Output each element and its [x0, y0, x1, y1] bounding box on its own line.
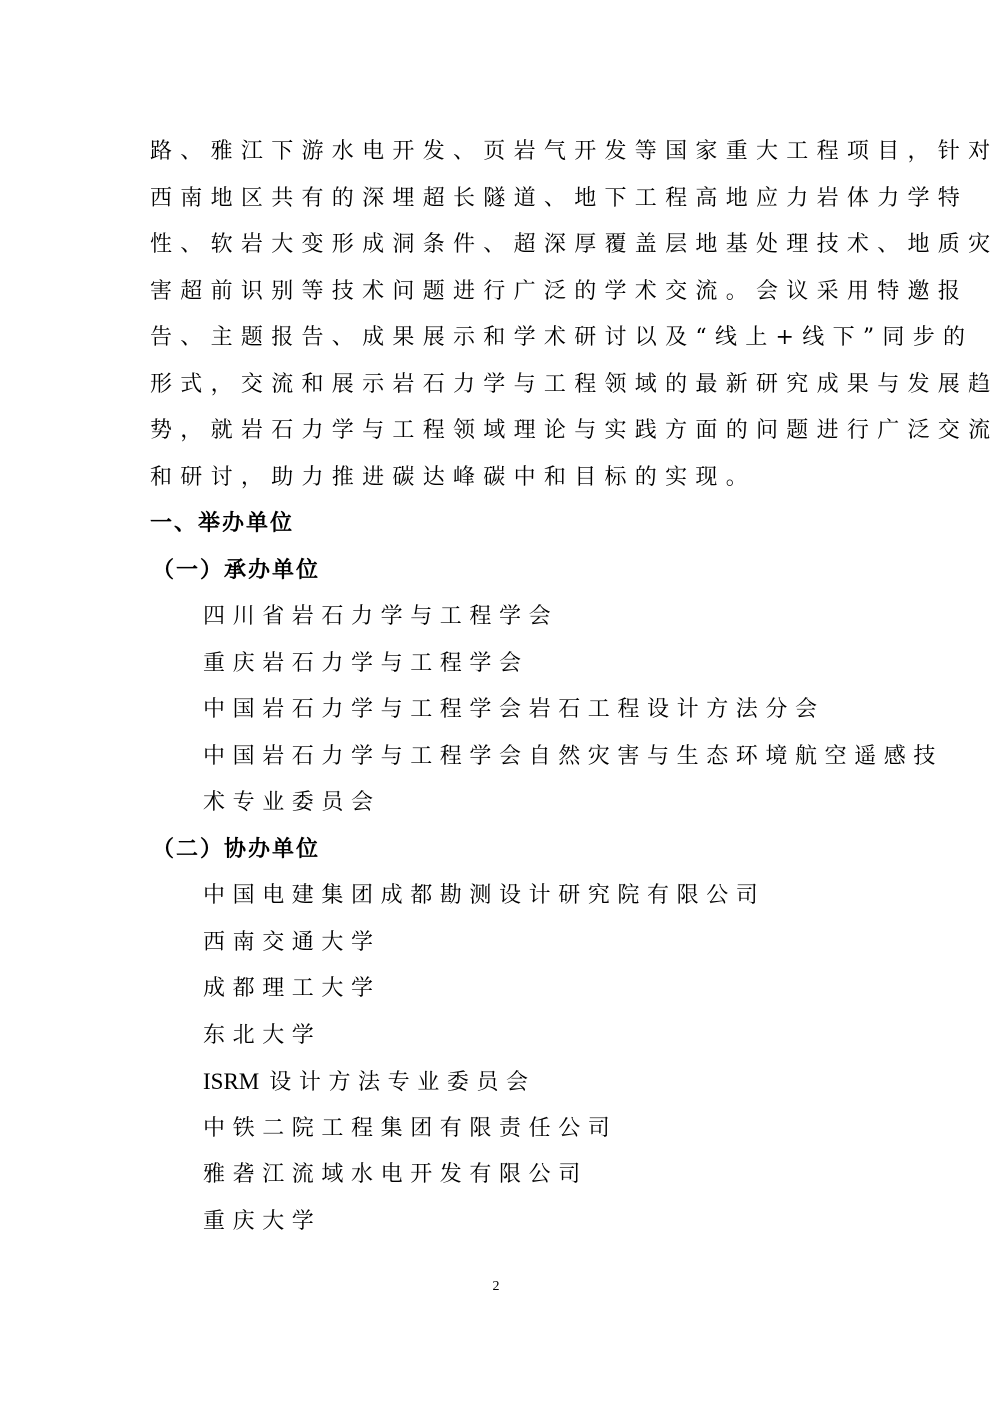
document-page: 路、雅江下游水电开发、页岩气开发等国家重大工程项目，针对 西南地区共有的深埋超长…	[0, 0, 992, 1403]
co-organizer-item: 成都理工大学	[203, 974, 903, 1004]
organizer-item: 中国岩石力学与工程学会岩石工程设计方法分会	[203, 695, 903, 725]
paragraph-line: 和研讨，助力推进碳达峰碳中和目标的实现。	[150, 463, 850, 493]
organizer-item: 中国岩石力学与工程学会自然灾害与生态环境航空遥感技	[203, 742, 903, 772]
paragraph-line: 势，就岩石力学与工程领域理论与实践方面的问题进行广泛交流	[150, 416, 850, 446]
section-heading: 一、举办单位	[150, 509, 850, 539]
co-organizer-item: 东北大学	[203, 1021, 903, 1051]
paragraph-line: 告、主题报告、成果展示和学术研讨以及“线上+线下”同步的	[150, 323, 850, 353]
paragraph-line: 形式，交流和展示岩石力学与工程领域的最新研究成果与发展趋	[150, 370, 850, 400]
paragraph-line: 西南地区共有的深埋超长隧道、地下工程高地应力岩体力学特	[150, 184, 850, 214]
co-organizer-item: 中铁二院工程集团有限责任公司	[203, 1114, 903, 1144]
organizer-item-continued: 术专业委员会	[203, 788, 903, 818]
co-organizer-item-isrm: ISRM设计方法专业委员会	[203, 1067, 903, 1098]
organizer-item: 重庆岩石力学与工程学会	[203, 649, 903, 679]
co-organizer-item: 中国电建集团成都勘测设计研究院有限公司	[203, 881, 903, 911]
subsection-heading-organizers: （一）承办单位	[152, 556, 852, 586]
co-organizer-item: 雅砻江流域水电开发有限公司	[203, 1160, 903, 1190]
paragraph-line: 路、雅江下游水电开发、页岩气开发等国家重大工程项目，针对	[150, 137, 850, 167]
isrm-acronym: ISRM	[203, 1069, 259, 1094]
page-number: 2	[0, 1279, 992, 1295]
subsection-heading-co-organizers: （二）协办单位	[152, 835, 852, 865]
organizer-item: 四川省岩石力学与工程学会	[203, 602, 903, 632]
co-organizer-item: 重庆大学	[203, 1207, 903, 1237]
isrm-committee-name: 设计方法专业委员会	[269, 1070, 535, 1095]
paragraph-line: 性、软岩大变形成洞条件、超深厚覆盖层地基处理技术、地质灾	[150, 230, 850, 260]
paragraph-line: 害超前识别等技术问题进行广泛的学术交流。会议采用特邀报	[150, 277, 850, 307]
co-organizer-item: 西南交通大学	[203, 928, 903, 958]
